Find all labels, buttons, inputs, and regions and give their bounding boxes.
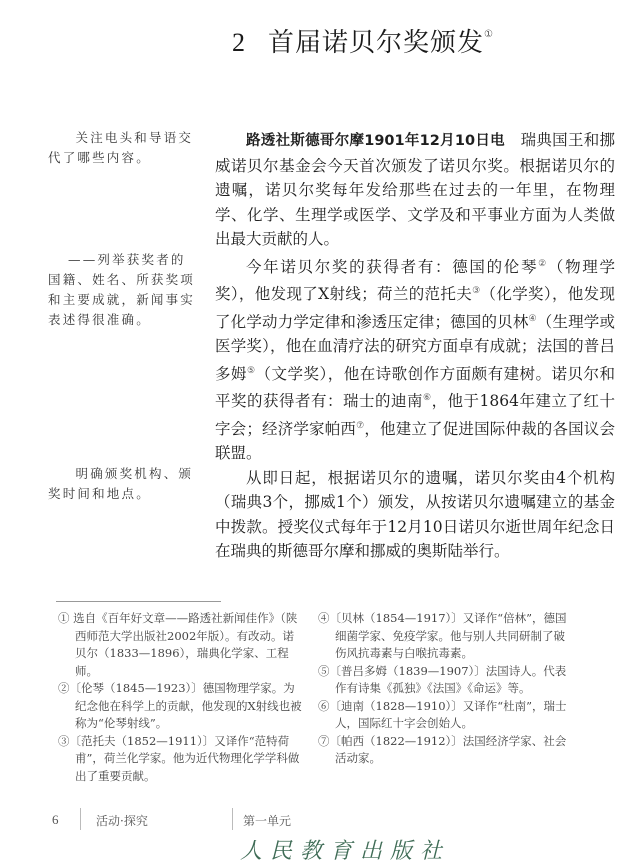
dateline: 路透社斯德哥尔摩1901年12月10日电 [246,133,505,149]
footnote-ref-2[interactable]: ② [538,259,548,269]
text-run: 今年诺贝尔奖的获得者有：德国的伦琴 [246,258,538,276]
footnote-ref-6[interactable]: ⑥ [423,393,432,403]
footnote-ref-3[interactable]: ③ [472,286,480,296]
paragraph-1: 路透社斯德哥尔摩1901年12月10日电 瑞典国王和挪威诺贝尔基金会今天首次颁发… [215,128,615,252]
footer-divider-2 [232,808,233,830]
footnote-7: ⑦〔帕西（1822—1912）〕法国经济学家、社会活动家。 [318,733,573,768]
footnote-5: ⑤〔普吕多姆（1839—1907）〕法国诗人。代表作有诗集《孤独》《法国》《命运… [318,663,573,698]
margin-note-2: ——列举获奖者的国籍、姓名、所获奖项和主要成就，新闻事实表述得很准确。 [48,250,198,330]
footnotes-left-column: ① 选自《百年好文章——路透社新闻佳作》（陕西师范大学出版社2002年版）。有改… [58,610,303,785]
footnotes-right-column: ④〔贝林（1854—1917）〕又译作“倍林”，德国细菌学家、免疫学家。他与别人… [318,610,573,768]
lesson-number: 2 [232,28,246,57]
footnote-1: ① 选自《百年好文章——路透社新闻佳作》（陕西师范大学出版社2002年版）。有改… [58,610,303,680]
footnote-ref-4[interactable]: ④ [529,314,537,324]
footnote-divider [56,601,221,602]
article-body: 路透社斯德哥尔摩1901年12月10日电 瑞典国王和挪威诺贝尔基金会今天首次颁发… [215,128,615,564]
margin-note-3: 明确颁奖机构、颁奖时间和地点。 [48,464,198,504]
footnote-6: ⑥〔迪南（1828—1910）〕又译作“杜南”，瑞士人，国际红十字会创始人。 [318,698,573,733]
publisher-logo: 人民教育出版社 [240,834,450,865]
lesson-title: 2首届诺贝尔奖颁发① [232,22,494,59]
unit-label: 第一单元 [243,812,291,829]
footer-divider-1 [80,808,81,830]
footnote-4: ④〔贝林（1854—1917）〕又译作“倍林”，德国细菌学家、免疫学家。他与别人… [318,610,573,663]
section-label: 活动·探究 [96,812,148,829]
footnote-3: ③〔范托夫（1852—1911）〕又译作“范特荷甫”，荷兰化学家。他为近代物理化… [58,733,303,786]
lesson-title-text: 首届诺贝尔奖颁发 [268,28,484,58]
title-footnote-mark: ① [484,29,494,40]
page-number: 6 [52,812,59,828]
paragraph-2: 今年诺贝尔奖的获得者有：德国的伦琴②（物理学奖），他发现了X射线；荷兰的范托夫③… [215,252,615,466]
footnote-2: ②〔伦琴（1845—1923）〕德国物理学家。为纪念他在科学上的贡献，他发现的X… [58,680,303,733]
margin-note-1: 关注电头和导语交代了哪些内容。 [48,128,198,168]
footnote-ref-5[interactable]: ⑤ [247,366,256,376]
paragraph-3: 从即日起，根据诺贝尔的遗嘱，诺贝尔奖由4个机构（瑞典3个，挪威1个）颁发，从按诺… [215,466,615,564]
